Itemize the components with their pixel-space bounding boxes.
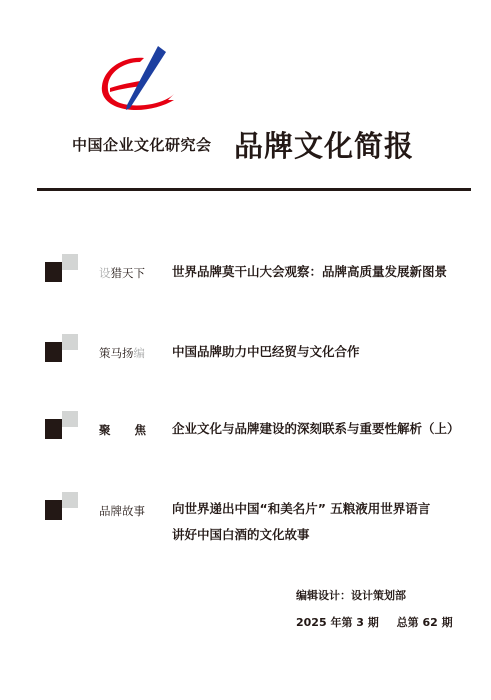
pen-e-logo-icon: [100, 44, 180, 114]
publication-title: 品牌文化简报: [234, 124, 414, 165]
section-label: 品牌故事: [99, 503, 145, 519]
organization-name: 中国企业文化研究会: [72, 134, 212, 155]
article-headline[interactable]: 企业文化与品牌建设的深刻联系与重要性解析（上）: [172, 416, 472, 442]
design-credit: 编辑设计：设计策划部: [296, 587, 406, 603]
section-marker-icon: [45, 492, 79, 520]
article-headline[interactable]: 世界品牌莫干山大会观察：品牌高质量发展新图景: [172, 259, 472, 285]
section-label: 设猎天下: [99, 265, 145, 281]
issue-info: 2025 年第 3 期 总第 62 期: [296, 614, 453, 630]
issue-number: 2025 年第 3 期: [296, 616, 379, 629]
total-issue-number: 总第 62 期: [397, 616, 453, 629]
section-marker-icon: [45, 254, 79, 282]
section-marker-icon: [45, 411, 79, 439]
article-headline[interactable]: 向世界递出中国“和美名片” 五粮液用世界语言 讲好中国白酒的文化故事: [172, 496, 472, 548]
section-marker-icon: [45, 334, 79, 362]
section-label: 聚 焦: [99, 422, 146, 438]
section-label: 策马扬编: [99, 345, 145, 361]
header-divider: [37, 188, 471, 191]
article-headline[interactable]: 中国品牌助力中巴经贸与文化合作: [172, 339, 472, 365]
